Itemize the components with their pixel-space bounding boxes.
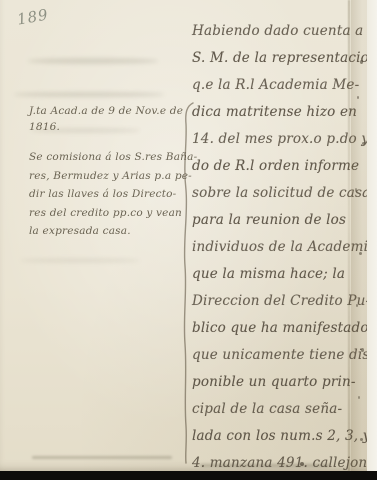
manuscript-text-line: 14. del mes prox.o p.do y pedi- (192, 126, 370, 153)
manuscript-text-line: para la reunion de los (192, 207, 370, 234)
bleedthrough-mark (20, 258, 140, 263)
ink-speck (300, 462, 304, 466)
manuscript-text-line: Direccion del Credito Pu- (192, 288, 370, 315)
manuscript-text-line: q.e la R.l Academia Me- (192, 72, 370, 99)
smudge-mark (32, 456, 172, 459)
page-fold-crease (348, 0, 350, 471)
manuscript-text-line: que la misma hace; la (192, 261, 370, 288)
margin-note: J.ta Acad.a de 9 de Nov.e de 1816. Se co… (29, 103, 185, 241)
margin-note-date-line: J.ta Acad.a de 9 de Nov.e de (29, 103, 185, 119)
manuscript-text-line: individuos de la Academia, (192, 234, 370, 261)
manuscript-text-line: do de R.l orden informe (192, 153, 370, 180)
scanned-manuscript-page: 189 J.ta Acad.a de 9 de Nov.e de 1816. S… (0, 0, 377, 480)
manuscript-text-line: que unicamente tiene dis- (192, 342, 370, 369)
margin-note-line: dir las llaves á los Directo- (29, 185, 185, 204)
bleedthrough-mark (28, 58, 158, 64)
margin-note-line: la expresada casa. (29, 222, 185, 241)
main-text-block: Habiendo dado cuenta a S. M. de la repre… (192, 18, 370, 477)
ink-speck (358, 396, 360, 399)
manuscript-text-line: S. M. de la representacion (192, 45, 370, 72)
margin-note-date-line: 1816. (29, 119, 185, 135)
bleedthrough-mark (14, 92, 164, 97)
folio-number: 189 (16, 5, 50, 28)
manuscript-text-line: blico que ha manifestado (192, 315, 370, 342)
manuscript-text-line: sobre la solicitud de casa (192, 180, 370, 207)
ink-speck (359, 252, 362, 255)
ink-speck (360, 438, 363, 441)
manuscript-text-line: lada con los num.s 2, 3, y (192, 423, 370, 450)
margin-note-line: res del credito pp.co y vean (29, 204, 185, 223)
manuscript-text-line: ponible un quarto prin- (192, 369, 370, 396)
ink-speck (360, 60, 363, 64)
ink-speck (361, 348, 364, 352)
page-edge-band (351, 0, 367, 471)
manuscript-text-line: cipal de la casa seña- (192, 396, 370, 423)
manuscript-text-line: Habiendo dado cuenta a (192, 18, 370, 45)
manuscript-paper: 189 J.ta Acad.a de 9 de Nov.e de 1816. S… (0, 0, 377, 471)
ink-speck (362, 142, 365, 145)
margin-note-body: Se comisiona á los S.res Baña- res, Berm… (29, 148, 185, 241)
page-edge-sliver (367, 0, 377, 471)
margin-note-date: J.ta Acad.a de 9 de Nov.e de 1816. (29, 103, 185, 135)
manuscript-text-line: 4. manzana 491. callejon. (192, 450, 370, 477)
ink-speck (357, 96, 359, 99)
margin-note-line: res, Bermudez y Arias p.a pe- (29, 167, 185, 186)
margin-note-line: Se comisiona á los S.res Baña- (29, 148, 185, 167)
ink-speck (356, 304, 358, 307)
ink-speck (355, 188, 357, 192)
manuscript-text-line: dica matritense hizo en (192, 99, 370, 126)
